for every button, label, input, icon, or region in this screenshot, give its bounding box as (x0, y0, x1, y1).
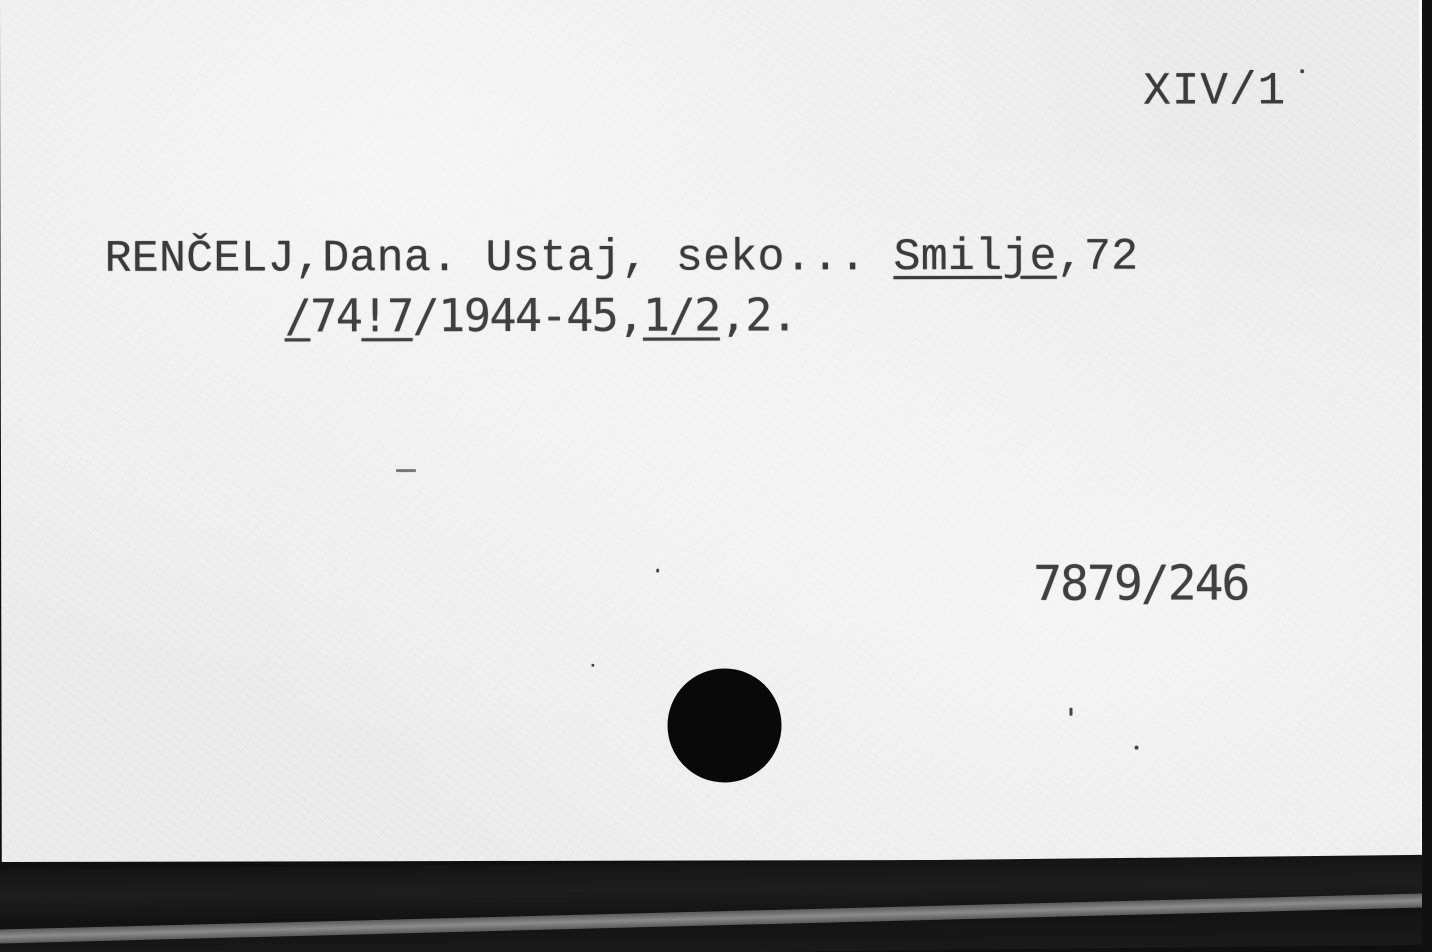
date-part-a: 74 (310, 289, 361, 342)
scanned-catalog-card: XIV/1 RENČELJ,Dana. Ustaj, seko... Smilj… (0, 0, 1432, 952)
volume-number: ,72 (1057, 232, 1139, 283)
speck (1069, 708, 1072, 716)
author-name: RENČELJ,Dana. (104, 233, 458, 285)
index-card: XIV/1 RENČELJ,Dana. Ustaj, seko... Smilj… (0, 0, 1424, 862)
speck (656, 569, 659, 573)
issue-number: 1/2 (643, 288, 720, 341)
call-number: XIV/1 (1143, 65, 1286, 117)
date-part-b: !7 (361, 289, 412, 342)
speck (1135, 746, 1139, 750)
speck (591, 664, 594, 667)
work-title: Ustaj, seko... (458, 232, 893, 284)
bibliographic-entry-line-2: /74!7/1944-45,1/2,2. (285, 288, 797, 342)
accession-number: 7879/246 (1033, 555, 1248, 611)
bibliographic-entry-line-1: RENČELJ,Dana. Ustaj, seko... Smilje,72 (104, 232, 1138, 285)
film-border-right (1422, 0, 1432, 952)
bracket-open: / (285, 289, 311, 342)
page-number: ,2. (720, 288, 797, 341)
punch-hole (667, 668, 781, 782)
speck (1300, 69, 1304, 73)
publication-title: Smilje (893, 232, 1056, 283)
speck (396, 469, 416, 472)
year-range: /1944-45, (413, 289, 643, 342)
